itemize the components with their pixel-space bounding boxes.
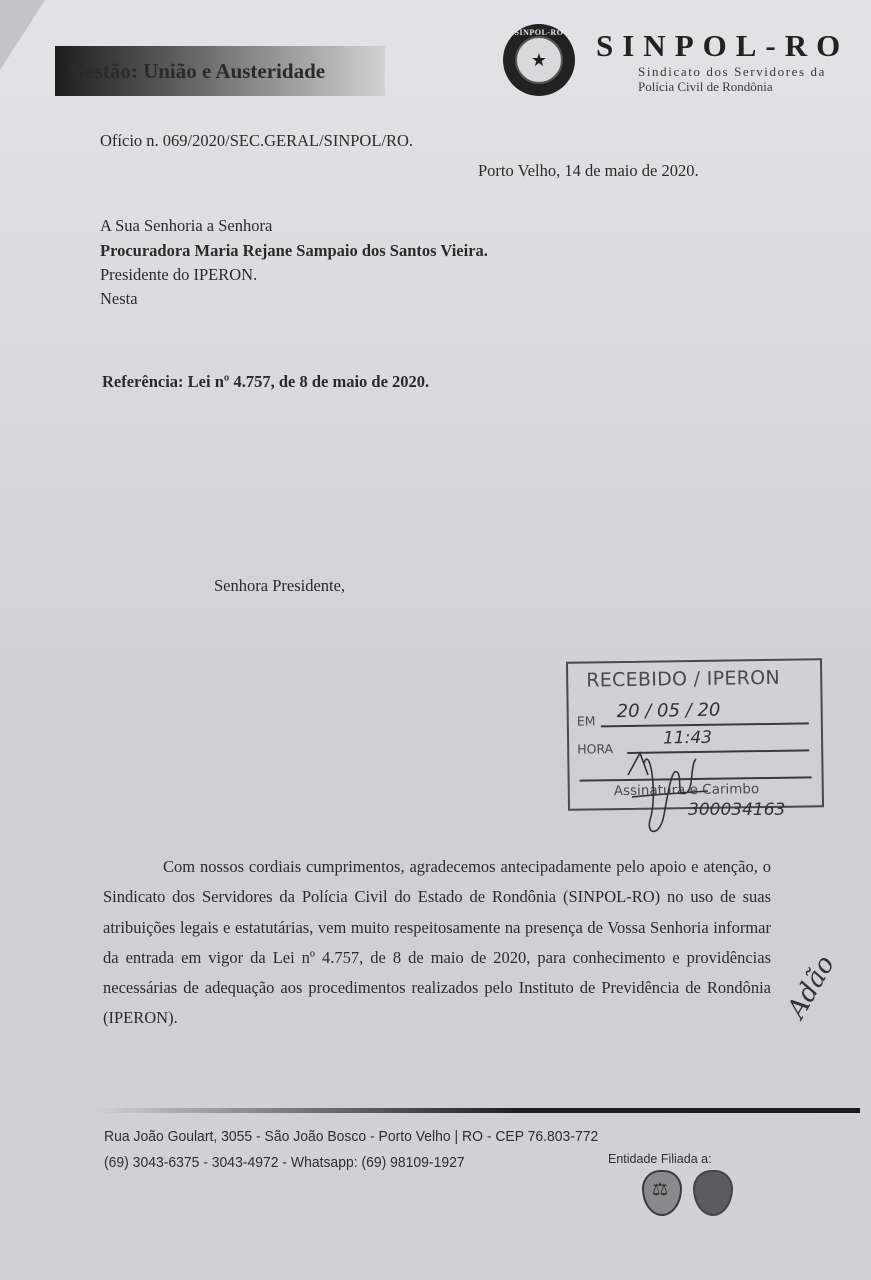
footer-address: Rua João Goulart, 3055 - São João Bosco … [104, 1128, 598, 1145]
reference-number: Ofício n. 069/2020/SEC.GERAL/SINPOL/RO. [100, 131, 413, 151]
footer-divider [95, 1108, 860, 1113]
stamp-date-value: 20 / 05 / 20 [617, 700, 721, 722]
sinpol-ro-seal-icon: SINPOL-RO ★ [503, 24, 575, 96]
recipient-name: Procuradora Maria Rejane Sampaio dos San… [100, 241, 488, 261]
org-name: SINPOL-RO [596, 30, 849, 61]
handwritten-protocol-number: 300034163 [688, 800, 785, 820]
subject-reference: Referência: Lei nº 4.757, de 8 de maio d… [102, 372, 429, 392]
seal-emblem-icon: ★ [515, 36, 563, 84]
recipient-location: Nesta [100, 289, 138, 309]
org-brand: SINPOL-RO Sindicato dos Servidores da Po… [596, 30, 849, 61]
management-banner: Gestão: União e Austeridade [55, 46, 385, 96]
letter-body-text: Com nossos cordiais cumprimentos, agrade… [103, 852, 771, 1034]
margin-initials: Adão [782, 951, 841, 1024]
org-subtitle: Sindicato dos Servidores da Polícia Civi… [638, 64, 826, 94]
greeting: Senhora Presidente, [214, 576, 345, 596]
letter-body: Com nossos cordiais cumprimentos, agrade… [103, 852, 771, 1034]
place-date: Porto Velho, 14 de maio de 2020. [478, 161, 699, 181]
police-badge-scales-icon [642, 1170, 682, 1216]
folded-corner [0, 0, 45, 70]
document-page: Gestão: União e Austeridade SINPOL-RO ★ … [0, 0, 871, 1280]
management-banner-text: Gestão: União e Austeridade [69, 59, 325, 84]
org-subtitle-line1: Sindicato dos Servidores da [638, 64, 826, 79]
police-badge-seal-icon [693, 1170, 733, 1216]
affiliated-label: Entidade Filiada a: [608, 1152, 712, 1166]
handwritten-signature [620, 735, 710, 840]
stamp-title: RECEBIDO / IPERON [586, 667, 780, 692]
stamp-time-label: HORA [577, 741, 613, 757]
recipient-title: Presidente do IPERON. [100, 265, 257, 285]
footer-phones: (69) 3043-6375 - 3043-4972 - Whatsapp: (… [104, 1154, 465, 1171]
stamp-date-line [601, 722, 809, 726]
org-subtitle-line2: Polícia Civil de Rondônia [638, 79, 826, 94]
stamp-date-label: EM [577, 713, 596, 728]
recipient-salutation: A Sua Senhoria a Senhora [100, 216, 272, 236]
seal-ring-text: SINPOL-RO [503, 28, 575, 37]
